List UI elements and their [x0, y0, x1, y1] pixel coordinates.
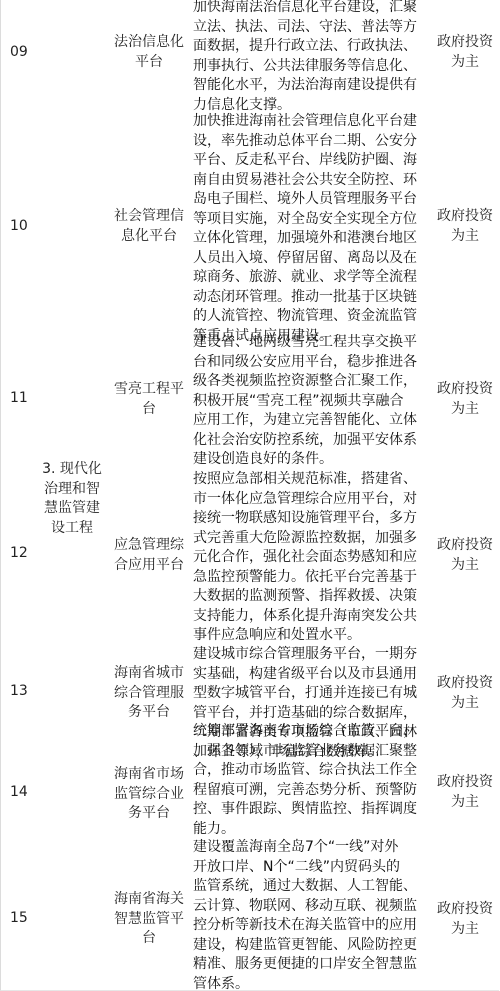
funding-source: 政府投资 为主: [432, 207, 498, 246]
name-line: 海南省城市: [110, 664, 188, 684]
fund-line: 为主: [432, 694, 498, 714]
name-line: 务平台: [110, 703, 188, 723]
name-line: 海南省海关: [110, 890, 188, 910]
desc-line: 云计算、物联网、移动互联、视频监: [193, 897, 433, 917]
fund-line: 为主: [432, 920, 498, 940]
desc-line: 加快海南法治信息化平台建设，汇聚: [193, 0, 433, 18]
name-line: 社会管理信: [110, 207, 188, 227]
desc-line: 开放口岸、N个“二线”内贸码头的: [193, 858, 433, 878]
name-line: 合应用平台: [110, 556, 188, 576]
funding-source: 政府投资 为主: [432, 674, 498, 713]
desc-line: 台和同级公安应用平台，稳步推进各: [193, 353, 433, 373]
name-line: 综合管理服: [110, 684, 188, 704]
desc-line: 加强各领域市场监管业务数据汇聚整: [193, 742, 433, 762]
project-name: 海南省市场 监管综合业 务平台: [110, 764, 188, 824]
row-number: 15: [10, 908, 40, 928]
name-line: 监管综合业: [110, 785, 188, 805]
project-description: 建设覆盖海南全岛7个“一线”对外 开放口岸、N个“二线”内贸码头的 监管系统，通…: [193, 838, 433, 991]
desc-line: 动态闭环管理。推动一批基于区块链: [193, 288, 433, 308]
table-row: 09 法治信息化 平台 加快海南法治信息化平台建设，汇聚 立法、执法、司法、守法…: [0, 0, 500, 108]
row-number: 10: [10, 216, 40, 236]
fund-line: 为主: [432, 400, 498, 420]
name-line: 雪亮工程平: [110, 380, 188, 400]
desc-line: 程留痕可溯，完善态势分析、预警防: [193, 781, 433, 801]
row-number: 11: [10, 388, 40, 408]
desc-line: 支持能力，体系化提升海南突发公共: [193, 607, 433, 627]
project-description: 加快推进海南社会管理信息化平台建 设，率先推动总体平台二期、公安分 平台、反走私…: [193, 112, 433, 346]
desc-line: 刑事执行、公共法律服务等信息化、: [193, 57, 433, 77]
fund-line: 政府投资: [432, 207, 498, 227]
desc-line: 急监控预警能力。依托平台完善基于: [193, 568, 433, 588]
desc-line: 级各类视频监控资源整合汇聚工作，: [193, 372, 433, 392]
desc-line: 监管系统，通过大数据、人工智能、: [193, 877, 433, 897]
name-line: 海南省市场: [110, 765, 188, 785]
desc-line: 合，推动市场监管、综合执法工作全: [193, 761, 433, 781]
project-name: 海南省海关 智慧监管平 台: [110, 890, 188, 949]
desc-line: 型数字城管平台，打通并连接已有城: [193, 684, 433, 704]
name-line: 智慧监管平: [110, 910, 188, 930]
row-number: 12: [10, 543, 40, 563]
desc-line: 岛电子围栏、境外人员管理服务平台: [193, 190, 433, 210]
row-number: 14: [10, 782, 40, 802]
name-line: 息化平台: [110, 227, 188, 247]
funding-source: 政府投资 为主: [432, 773, 498, 812]
desc-line: 建设省、地两级雪亮工程共享交换平: [193, 333, 433, 353]
funding-source: 政府投资 为主: [432, 33, 498, 72]
project-name: 海南省城市 综合管理服 务平台: [110, 664, 188, 723]
project-description: 统筹部署海南省市场综合监管平台， 加强各领域市场监管业务数据汇聚整 合，推动市场…: [193, 722, 433, 839]
desc-line: 实基础，构建省级平台以及市县通用: [193, 665, 433, 685]
table-row: 11 雪亮工程平 台 建设省、地两级雪亮工程共享交换平 台和同级公安应用平台，稳…: [0, 333, 500, 473]
project-name: 社会管理信 息化平台: [110, 207, 188, 246]
fund-line: 政府投资: [432, 900, 498, 920]
desc-line: 应用工作，为建立完善智能化、立体: [193, 411, 433, 431]
table-row: 12 应急管理综 合应用平台 按照应急部相关规范标准，搭建省、 市一体化应急管理…: [0, 470, 500, 650]
desc-line: 控、事件跟踪、舆情监控、指挥调度: [193, 800, 433, 820]
fund-line: 政府投资: [432, 674, 498, 694]
fund-line: 为主: [432, 556, 498, 576]
fund-line: 为主: [432, 793, 498, 813]
desc-line: 式完善重大危险源监控数据，加强多: [193, 529, 433, 549]
desc-line: 琼商务、旅游、就业、求学等全流程: [193, 268, 433, 288]
desc-line: 平台、反走私平台、岸线防护圈、海: [193, 151, 433, 171]
name-line: 台: [110, 400, 188, 420]
desc-line: 的人流管控、物流管理、资金流监管: [193, 307, 433, 327]
desc-line: 立法、执法、司法、守法、普法等方: [193, 18, 433, 38]
project-description: 建设省、地两级雪亮工程共享交换平 台和同级公安应用平台，稳步推进各 级各类视频监…: [193, 333, 433, 470]
funding-source: 政府投资 为主: [432, 536, 498, 575]
table-row: 15 海南省海关 智慧监管平 台 建设覆盖海南全岛7个“一线”对外 开放口岸、N…: [0, 838, 500, 991]
desc-line: 积极开展“雪亮工程”视频共享融合: [193, 392, 433, 412]
name-line: 法治信息化: [110, 33, 188, 53]
fund-line: 政府投资: [432, 380, 498, 400]
desc-line: 统筹部署海南省市场综合监管平台，: [193, 722, 433, 742]
fund-line: 政府投资: [432, 773, 498, 793]
fund-line: 政府投资: [432, 536, 498, 556]
desc-line: 接统一物联感知设施管理平台，多方: [193, 509, 433, 529]
desc-line: 能力。: [193, 820, 433, 840]
fund-line: 为主: [432, 53, 498, 73]
name-line: 平台: [110, 53, 188, 73]
project-name: 雪亮工程平 台: [110, 380, 188, 419]
project-description: 按照应急部相关规范标准，搭建省、 市一体化应急管理综合应用平台，对 接统一物联感…: [193, 470, 433, 646]
project-name: 法治信息化 平台: [110, 33, 188, 72]
funding-source: 政府投资 为主: [432, 900, 498, 939]
desc-line: 面数据，提升行政立法、行政执法、: [193, 37, 433, 57]
desc-line: 大数据的监测预警、指挥救援、决策: [193, 587, 433, 607]
row-number: 09: [10, 42, 40, 62]
desc-line: 等项目实施，对全岛安全实现全方位: [193, 210, 433, 230]
desc-line: 化社会治安防控系统，加强平安体系: [193, 431, 433, 451]
project-name: 应急管理综 合应用平台: [110, 536, 188, 575]
funding-source: 政府投资 为主: [432, 380, 498, 419]
desc-line: 立体化管理，加强境外和港澳台地区: [193, 229, 433, 249]
desc-line: 智能化水平，为法治海南建设提供有: [193, 76, 433, 96]
desc-line: 精准、服务更便捷的口岸安全智慧监: [193, 955, 433, 975]
desc-line: 加快推进海南社会管理信息化平台建: [193, 112, 433, 132]
name-line: 应急管理综: [110, 536, 188, 556]
desc-line: 市一体化应急管理综合应用平台，对: [193, 490, 433, 510]
row-number: 13: [10, 681, 40, 701]
name-line: 台: [110, 929, 188, 949]
desc-line: 人员出入境、停留居留、离岛以及在: [193, 249, 433, 269]
desc-line: 管平台，并打造基础的综合数据库，: [193, 704, 433, 724]
desc-line: 元化合作，强化社会面态势感知和应: [193, 548, 433, 568]
desc-line: 管体系。: [193, 975, 433, 991]
desc-line: 南自由贸易港社会公共安全防控、环: [193, 171, 433, 191]
name-line: 务平台: [110, 804, 188, 824]
desc-line: 建设，构建监管更智能、风险防控更: [193, 936, 433, 956]
desc-line: 控分析等新技术在海关监管中的应用: [193, 916, 433, 936]
table-row: 10 社会管理信 息化平台 加快推进海南社会管理信息化平台建 设，率先推动总体平…: [0, 112, 500, 337]
desc-line: 建设覆盖海南全岛7个“一线”对外: [193, 838, 433, 858]
fund-line: 政府投资: [432, 33, 498, 53]
desc-line: 按照应急部相关规范标准，搭建省、: [193, 470, 433, 490]
desc-line: 事件应急响应和处置水平。: [193, 626, 433, 646]
desc-line: 建设城市综合管理服务平台，一期夯: [193, 645, 433, 665]
desc-line: 设，率先推动总体平台二期、公安分: [193, 132, 433, 152]
project-description: 加快海南法治信息化平台建设，汇聚 立法、执法、司法、守法、普法等方 面数据，提升…: [193, 0, 433, 115]
fund-line: 为主: [432, 227, 498, 247]
desc-line: 建设创造良好的条件。: [193, 450, 433, 470]
